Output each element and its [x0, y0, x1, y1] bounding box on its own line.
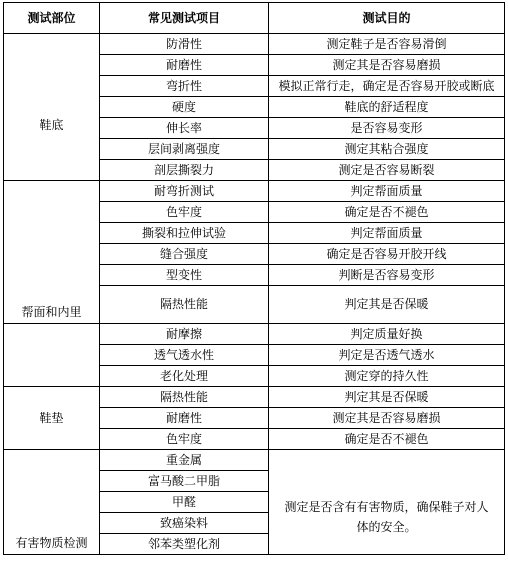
test-purpose: 是否容易变形	[269, 118, 505, 139]
category-cell-harmful-substances: 有害物质检测	[4, 450, 100, 555]
test-item: 耐弯折测试	[100, 181, 269, 202]
table-row: 耐摩擦 判定质量好换	[4, 324, 505, 345]
test-item: 弯折性	[100, 76, 269, 97]
test-item: 透气透水性	[100, 345, 269, 366]
test-purpose: 确定是否不褪色	[269, 202, 505, 223]
test-item: 富马酸二甲脂	[100, 471, 269, 492]
test-purpose: 判断是否容易变形	[269, 265, 505, 286]
table-row: 鞋底 防滑性 测定鞋子是否容易滑倒	[4, 34, 505, 55]
test-item: 型变性	[100, 265, 269, 286]
test-item: 耐磨性	[100, 408, 269, 429]
table-row: 帮面和内里 耐弯折测试 判定帮面质量	[4, 181, 505, 202]
test-purpose: 测定其是否容易磨损	[269, 55, 505, 76]
test-item: 缝合强度	[100, 244, 269, 265]
header-test-item: 常见测试项目	[100, 3, 269, 34]
table-row: 鞋垫 隔热性能 判定其是否保暖	[4, 387, 505, 408]
test-item: 色牢度	[100, 202, 269, 223]
test-purpose: 判定帮面质量	[269, 223, 505, 244]
header-row: 测试部位 常见测试项目 测试目的	[4, 3, 505, 34]
category-cell-upper-lining: 帮面和内里	[4, 181, 100, 324]
test-item: 耐磨性	[100, 55, 269, 76]
header-test-part: 测试部位	[4, 3, 100, 34]
test-item: 伸长率	[100, 118, 269, 139]
category-cell-sole: 鞋底	[4, 34, 100, 181]
test-purpose: 判定帮面质量	[269, 181, 505, 202]
category-cell-insole: 鞋垫	[4, 387, 100, 450]
test-item: 隔热性能	[100, 286, 269, 324]
test-purpose: 测定其粘合强度	[269, 139, 505, 160]
test-item: 邻苯类塑化剂	[100, 534, 269, 555]
header-test-purpose: 测试目的	[269, 3, 505, 34]
test-item: 硬度	[100, 97, 269, 118]
test-item: 剖层撕裂力	[100, 160, 269, 181]
test-item: 色牢度	[100, 429, 269, 450]
test-purpose-merged: 测定是否含有有害物质，确保鞋子对人体的安全。	[269, 450, 505, 555]
test-purpose: 测定其是否容易磨损	[269, 408, 505, 429]
shoe-testing-table: 测试部位 常见测试项目 测试目的 鞋底 防滑性 测定鞋子是否容易滑倒 耐磨性 测…	[3, 2, 505, 555]
test-item: 重金属	[100, 450, 269, 471]
test-purpose: 判定质量好换	[269, 324, 505, 345]
test-item: 致癌染料	[100, 513, 269, 534]
test-purpose: 确定是否不褪色	[269, 429, 505, 450]
test-item: 耐摩擦	[100, 324, 269, 345]
test-item: 隔热性能	[100, 387, 269, 408]
test-purpose: 确定是否容易开胶开线	[269, 244, 505, 265]
test-purpose: 判定其是否保暖	[269, 286, 505, 324]
test-purpose: 测定穿的持久性	[269, 366, 505, 387]
test-purpose: 模拟正常行走，确定是否容易开胶或断底	[269, 76, 505, 97]
category-cell-empty	[4, 324, 100, 387]
table-row: 有害物质检测 重金属 测定是否含有有害物质，确保鞋子对人体的安全。	[4, 450, 505, 471]
test-item: 甲醛	[100, 492, 269, 513]
test-purpose: 测定鞋子是否容易滑倒	[269, 34, 505, 55]
test-item: 撕裂和拉伸试验	[100, 223, 269, 244]
test-item: 防滑性	[100, 34, 269, 55]
test-item: 老化处理	[100, 366, 269, 387]
test-purpose: 鞋底的舒适程度	[269, 97, 505, 118]
test-item: 层间剥离强度	[100, 139, 269, 160]
test-purpose: 判定其是否保暖	[269, 387, 505, 408]
test-purpose: 判定是否透气透水	[269, 345, 505, 366]
test-purpose: 测定是否容易断裂	[269, 160, 505, 181]
